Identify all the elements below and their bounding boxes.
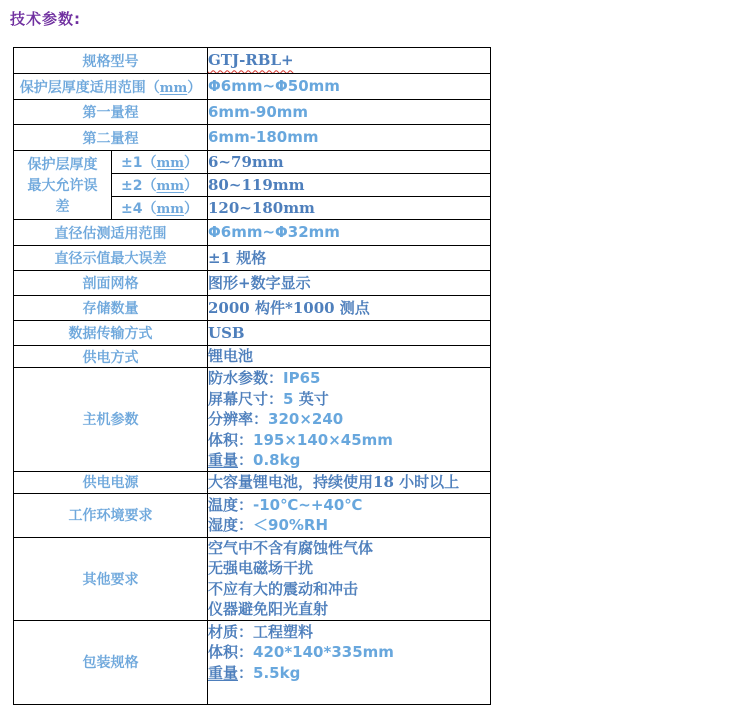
- label-text: mm: [156, 179, 184, 194]
- value-line: 2000 构件*1000 测点: [208, 298, 490, 319]
- value-text: 420*140*335mm: [253, 643, 394, 661]
- label-text: 其他要求: [83, 572, 139, 588]
- value-line: 空气中不含有腐蚀性气体: [208, 538, 490, 559]
- value-line: 重量：5.5kg: [208, 663, 490, 684]
- value-line: 80~119mm: [208, 175, 490, 196]
- label-text: ）: [184, 178, 198, 194]
- value-line: 湿度：＜90%RH: [208, 515, 490, 536]
- value-line: GTJ-RBL+: [208, 50, 490, 71]
- value-line: 屏幕尺寸：5 英寸: [208, 389, 490, 410]
- value-line: 防水参数：IP65: [208, 368, 490, 389]
- value-text: 仪器避免阳光直射: [208, 600, 328, 618]
- value-text: 材质：工程塑料: [208, 623, 313, 641]
- table-row: 包装规格材质：工程塑料体积：420*140*335mm重量：5.5kg: [14, 620, 491, 704]
- value-text: GTJ-RBL+: [208, 51, 294, 69]
- value-text: -10℃~+40℃: [253, 496, 362, 514]
- table-row: 其他要求空气中不含有腐蚀性气体无强电磁场干扰不应有大的震动和冲击仪器避免阳光直射: [14, 537, 491, 620]
- value-line: ±1 规格: [208, 248, 490, 269]
- value-cell: 材质：工程塑料体积：420*140*335mm重量：5.5kg: [208, 620, 491, 704]
- value-text: 5: [283, 390, 299, 408]
- value-cell: 温度：-10℃~+40℃湿度：＜90%RH: [208, 493, 491, 537]
- label-text: 主机参数: [83, 412, 139, 428]
- label-text: ±1（: [121, 155, 156, 171]
- value-text: 大容量锂电池，持续使用18 小时以上: [208, 473, 459, 491]
- value-line: 6mm-90mm: [208, 102, 490, 123]
- label-text: 供电电源: [83, 475, 139, 491]
- value-line: Φ6mm~Φ32mm: [208, 222, 490, 243]
- table-row: 存储数量2000 构件*1000 测点: [14, 296, 491, 321]
- value-cell: 大容量锂电池，持续使用18 小时以上: [208, 471, 491, 493]
- table-row: 保护层厚度最大允许误差±1（mm）6~79mm: [14, 151, 491, 174]
- label-text: 规格型号: [83, 54, 139, 70]
- value-text: 0.8kg: [253, 451, 300, 469]
- value-line: 无强电磁场干扰: [208, 558, 490, 579]
- value-text: 120~180mm: [208, 199, 315, 217]
- value-line: 大容量锂电池，持续使用18 小时以上: [208, 472, 490, 493]
- value-cell: 6~79mm: [208, 151, 491, 174]
- value-text: IP65: [283, 369, 320, 387]
- value-line: Φ6mm~Φ50mm: [208, 76, 490, 97]
- table-row: 第一量程6mm-90mm: [14, 100, 491, 125]
- table-row: 保护层厚度适用范围（mm）Φ6mm~Φ50mm: [14, 74, 491, 100]
- label-cell: 供电方式: [14, 346, 208, 368]
- table-row: 规格型号GTJ-RBL+: [14, 48, 491, 74]
- label-cell: 工作环境要求: [14, 493, 208, 537]
- value-text: 6~79mm: [208, 153, 284, 171]
- value-line: 体积：195×140×45mm: [208, 430, 490, 451]
- label-text: 直径示值最大误差: [55, 251, 167, 267]
- value-line: 不应有大的震动和冲击: [208, 579, 490, 600]
- value-text: 无强电磁场干扰: [208, 559, 313, 577]
- label-text: 存储数量: [83, 301, 139, 317]
- sublabel-cell: ±4（mm）: [112, 197, 208, 220]
- label-cell: 存储数量: [14, 296, 208, 321]
- value-line: 温度：-10℃~+40℃: [208, 495, 490, 516]
- label-text: 包装规格: [83, 655, 139, 671]
- table-row: 主机参数防水参数：IP65屏幕尺寸：5 英寸分辨率：320×240体积：195×…: [14, 368, 491, 472]
- label-text: mm: [156, 156, 184, 171]
- value-line: 重量：0.8kg: [208, 450, 490, 471]
- value-text: 6mm-90mm: [208, 103, 308, 121]
- value-text: ＜90%RH: [253, 516, 328, 534]
- table-row: 第二量程6mm-180mm: [14, 125, 491, 151]
- value-text: ：: [238, 451, 253, 469]
- value-cell: 6mm-90mm: [208, 100, 491, 125]
- value-cell: USB: [208, 321, 491, 346]
- value-text: Φ6mm~Φ50mm: [208, 77, 340, 95]
- value-cell: 防水参数：IP65屏幕尺寸：5 英寸分辨率：320×240体积：195×140×…: [208, 368, 491, 472]
- value-line: USB: [208, 323, 490, 344]
- value-line: 锂电池: [208, 346, 490, 367]
- value-text: 重量: [208, 451, 238, 469]
- value-text: 2000 构件*1000 测点: [208, 299, 370, 317]
- value-line: 仪器避免阳光直射: [208, 599, 490, 620]
- value-line: 体积：420*140*335mm: [208, 642, 490, 663]
- table-row: 剖面网格图形+数字显示: [14, 271, 491, 296]
- value-text: ：: [238, 664, 253, 682]
- value-text: 体积：: [208, 643, 253, 661]
- label-cell: 包装规格: [14, 620, 208, 704]
- value-cell: 2000 构件*1000 测点: [208, 296, 491, 321]
- label-text: ）: [187, 80, 201, 96]
- value-text: 不应有大的震动和冲击: [208, 580, 358, 598]
- value-text: ±1 规格: [208, 249, 266, 267]
- value-cell: 80~119mm: [208, 174, 491, 197]
- value-text: Φ6mm~Φ32mm: [208, 223, 340, 241]
- label-text: 直径估测适用范围: [55, 226, 167, 242]
- value-cell: 图形+数字显示: [208, 271, 491, 296]
- value-cell: ±1 规格: [208, 246, 491, 271]
- value-text: 80~119mm: [208, 176, 305, 194]
- label-text: ±2（: [121, 178, 156, 194]
- table-row: 供电电源大容量锂电池，持续使用18 小时以上: [14, 471, 491, 493]
- value-cell: 6mm-180mm: [208, 125, 491, 151]
- page-title: 技术参数:: [10, 8, 81, 29]
- value-text: 湿度：: [208, 516, 253, 534]
- label-text: 保护层厚度适用范围（: [20, 80, 160, 96]
- table-row: 工作环境要求温度：-10℃~+40℃湿度：＜90%RH: [14, 493, 491, 537]
- label-text: 工作环境要求: [69, 508, 153, 524]
- label-cell: 直径示值最大误差: [14, 246, 208, 271]
- label-cell: 剖面网格: [14, 271, 208, 296]
- label-cell: 数据传输方式: [14, 321, 208, 346]
- spec-table: 规格型号GTJ-RBL+保护层厚度适用范围（mm）Φ6mm~Φ50mm第一量程6…: [13, 47, 491, 705]
- label-text: 第一量程: [83, 105, 139, 121]
- value-text: 空气中不含有腐蚀性气体: [208, 539, 373, 557]
- value-cell: 空气中不含有腐蚀性气体无强电磁场干扰不应有大的震动和冲击仪器避免阳光直射: [208, 537, 491, 620]
- label-text: ±4（: [121, 201, 156, 217]
- value-text: 体积：: [208, 431, 253, 449]
- value-text: 6mm-180mm: [208, 128, 319, 146]
- value-cell: Φ6mm~Φ32mm: [208, 220, 491, 246]
- value-cell: 120~180mm: [208, 197, 491, 220]
- label-text: 剖面网格: [83, 276, 139, 292]
- value-text: 防水参数：: [208, 369, 283, 387]
- label-text: ）: [184, 201, 198, 217]
- value-text: 320×240: [268, 410, 343, 428]
- table-row: 直径估测适用范围Φ6mm~Φ32mm: [14, 220, 491, 246]
- label-cell: 直径估测适用范围: [14, 220, 208, 246]
- label-text: 第二量程: [83, 131, 139, 147]
- label-text: mm: [160, 81, 188, 96]
- value-line: 120~180mm: [208, 198, 490, 219]
- label-cell: 供电电源: [14, 471, 208, 493]
- label-cell: 其他要求: [14, 537, 208, 620]
- value-text: 锂电池: [208, 347, 253, 365]
- label-cell: 主机参数: [14, 368, 208, 472]
- label-text: 保护层厚度最大允许误差: [28, 157, 98, 215]
- table-row: 供电方式锂电池: [14, 346, 491, 368]
- value-line: 6mm-180mm: [208, 127, 490, 148]
- table-row: 直径示值最大误差±1 规格: [14, 246, 491, 271]
- label-text: mm: [156, 202, 184, 217]
- value-text: 图形+数字显示: [208, 274, 311, 292]
- label-text: 供电方式: [83, 350, 139, 366]
- sublabel-cell: ±1（mm）: [112, 151, 208, 174]
- value-text: 重量: [208, 664, 238, 682]
- value-text: 温度：: [208, 496, 253, 514]
- value-text: 英寸: [299, 390, 329, 408]
- sublabel-cell: ±2（mm）: [112, 174, 208, 197]
- label-cell: 第一量程: [14, 100, 208, 125]
- value-line: 材质：工程塑料: [208, 622, 490, 643]
- value-cell: GTJ-RBL+: [208, 48, 491, 74]
- value-text: 屏幕尺寸：: [208, 390, 283, 408]
- label-text: ）: [184, 155, 198, 171]
- label-cell: 第二量程: [14, 125, 208, 151]
- label-cell: 保护层厚度适用范围（mm）: [14, 74, 208, 100]
- value-cell: 锂电池: [208, 346, 491, 368]
- table-row: 数据传输方式USB: [14, 321, 491, 346]
- value-line: 分辨率：320×240: [208, 409, 490, 430]
- value-line: 图形+数字显示: [208, 273, 490, 294]
- value-text: 分辨率：: [208, 410, 268, 428]
- value-text: 195×140×45mm: [253, 431, 393, 449]
- group-label-cell: 保护层厚度最大允许误差: [14, 151, 112, 220]
- label-cell: 规格型号: [14, 48, 208, 74]
- value-cell: Φ6mm~Φ50mm: [208, 74, 491, 100]
- label-text: 数据传输方式: [69, 326, 153, 342]
- value-text: 5.5kg: [253, 664, 300, 682]
- value-text: USB: [208, 324, 245, 342]
- value-line: 6~79mm: [208, 152, 490, 173]
